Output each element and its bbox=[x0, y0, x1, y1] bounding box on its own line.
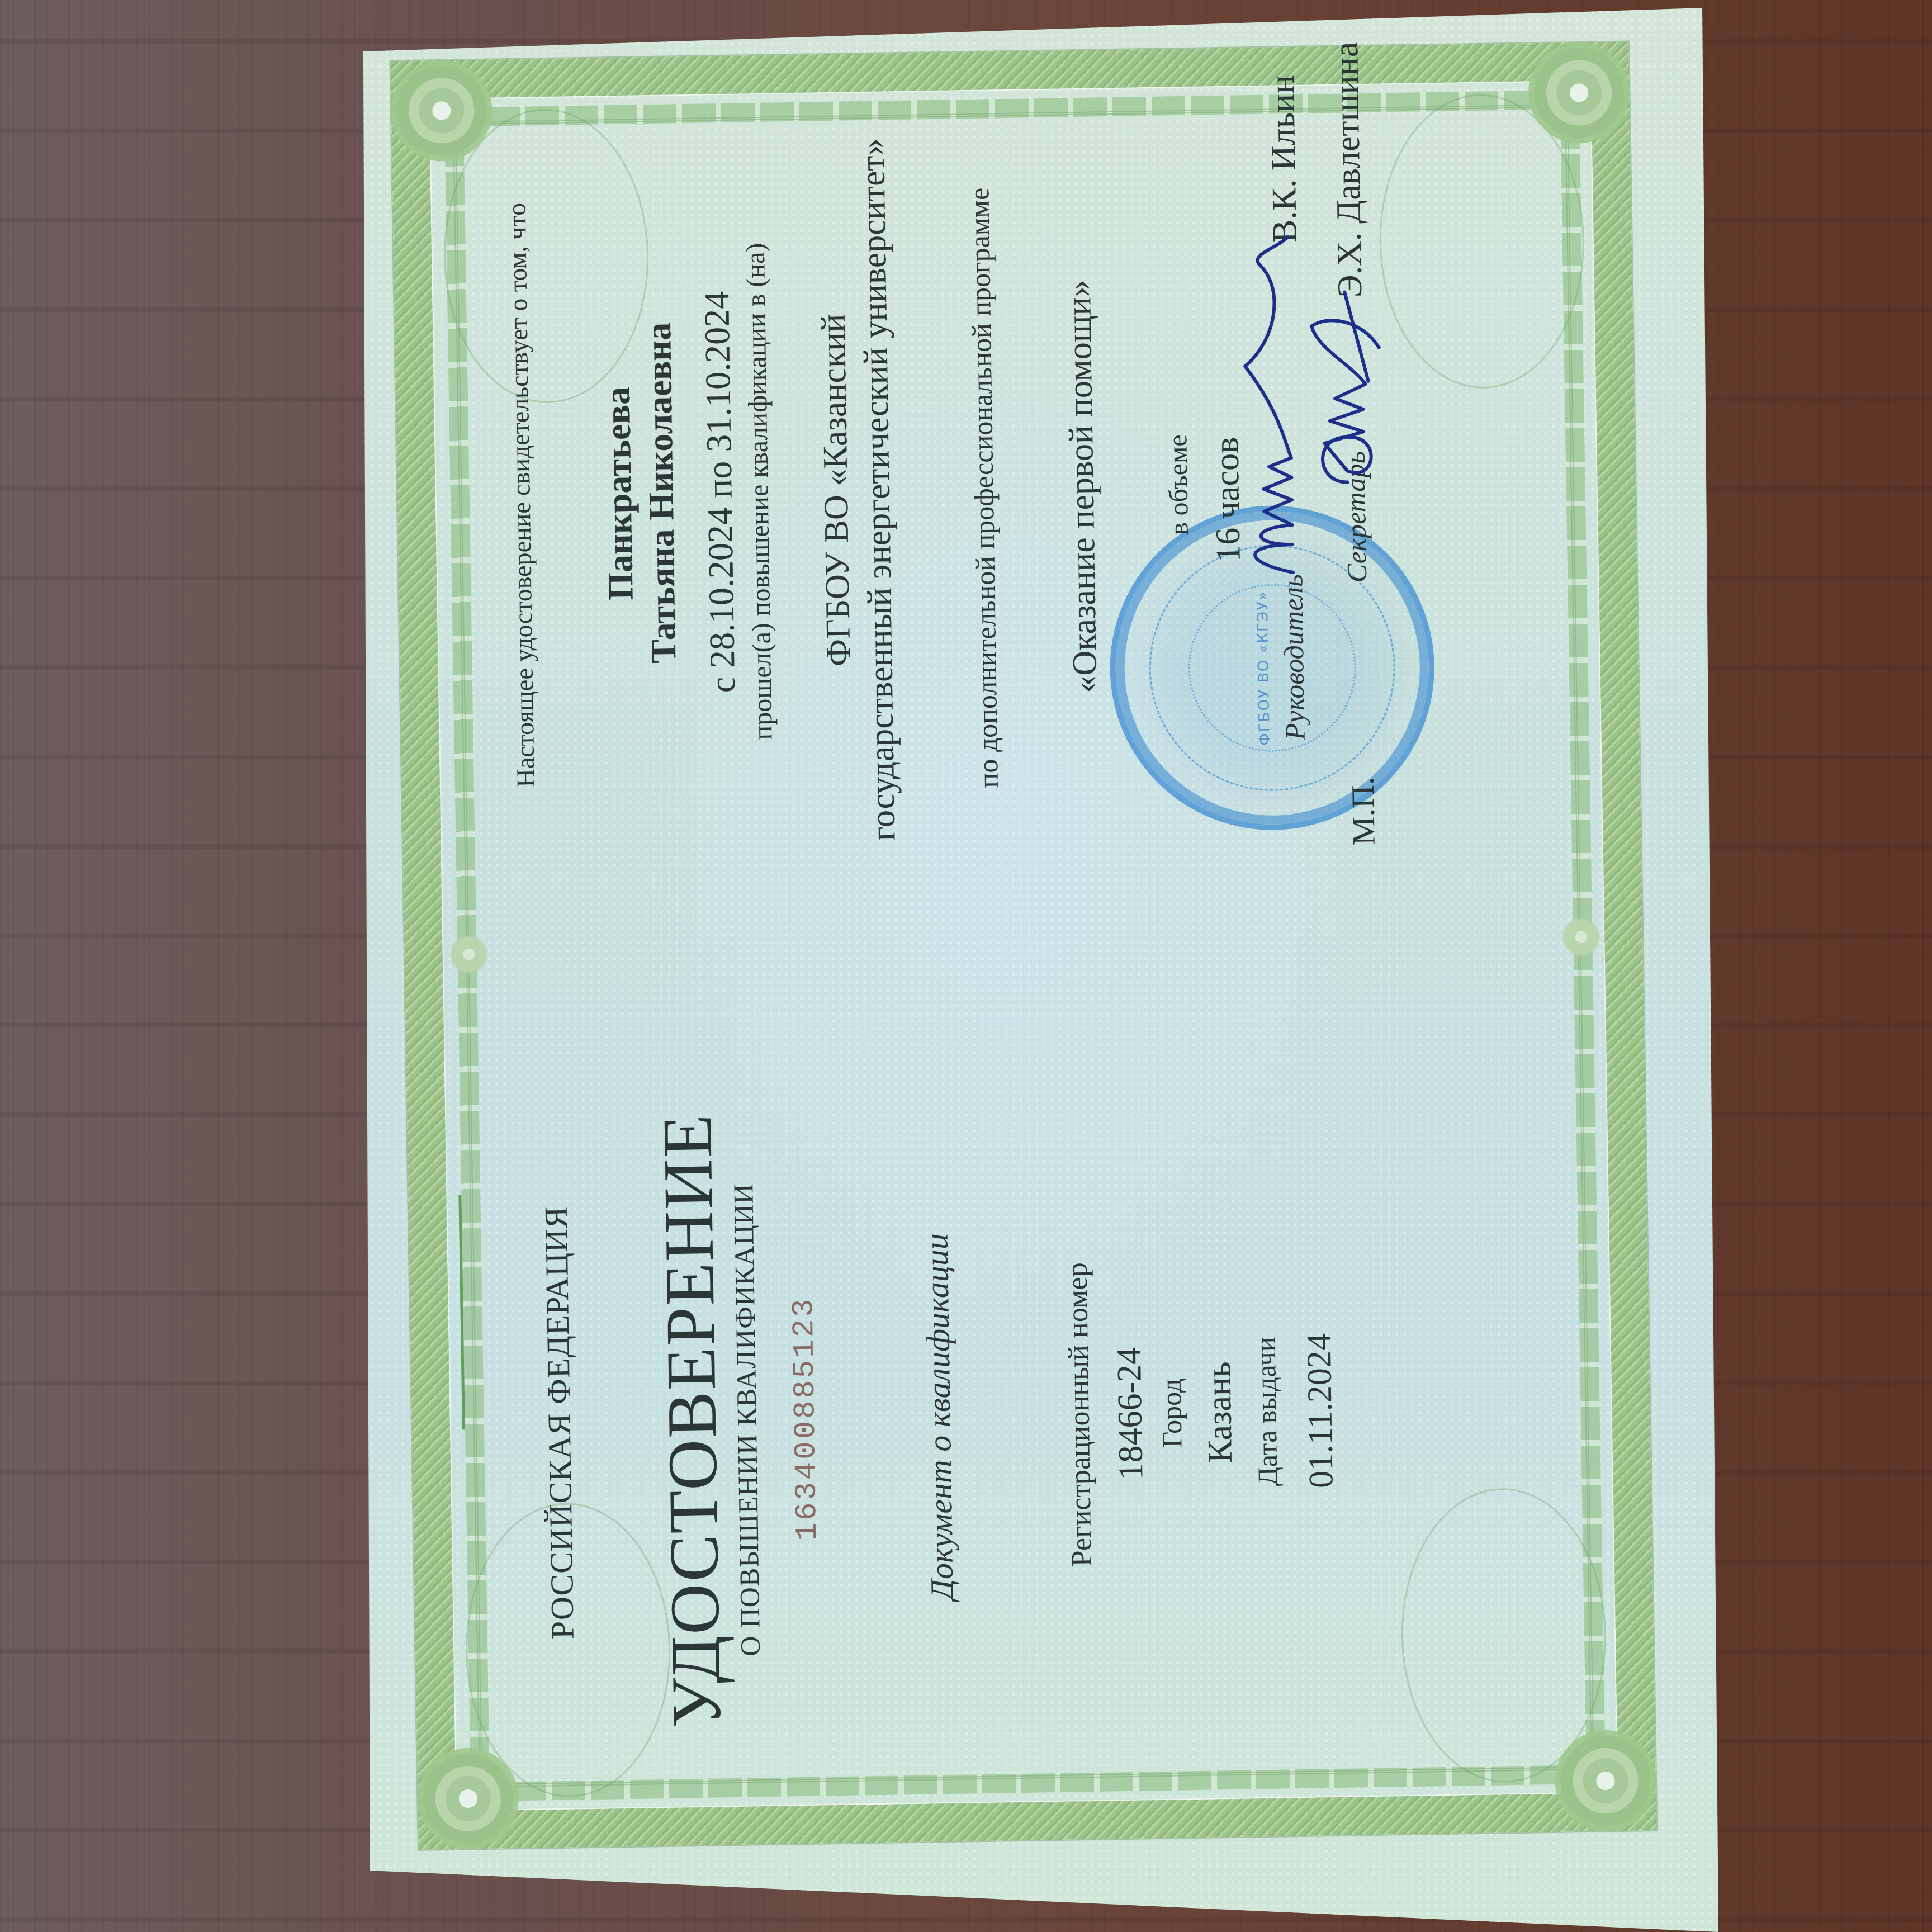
secretary-signature bbox=[1300, 280, 1393, 494]
seal-mark: М.П. bbox=[1344, 776, 1382, 846]
certificate: РОССИЙСКАЯ ФЕДЕРАЦИЯ УДОСТОВЕРЕНИЕ О ПОВ… bbox=[351, 0, 1710, 1895]
head-name: В.К. Ильин bbox=[1263, 75, 1305, 243]
secretary-name: Э.Х. Давлетшина bbox=[1327, 41, 1370, 298]
head-role-label: Руководитель bbox=[1276, 574, 1311, 740]
